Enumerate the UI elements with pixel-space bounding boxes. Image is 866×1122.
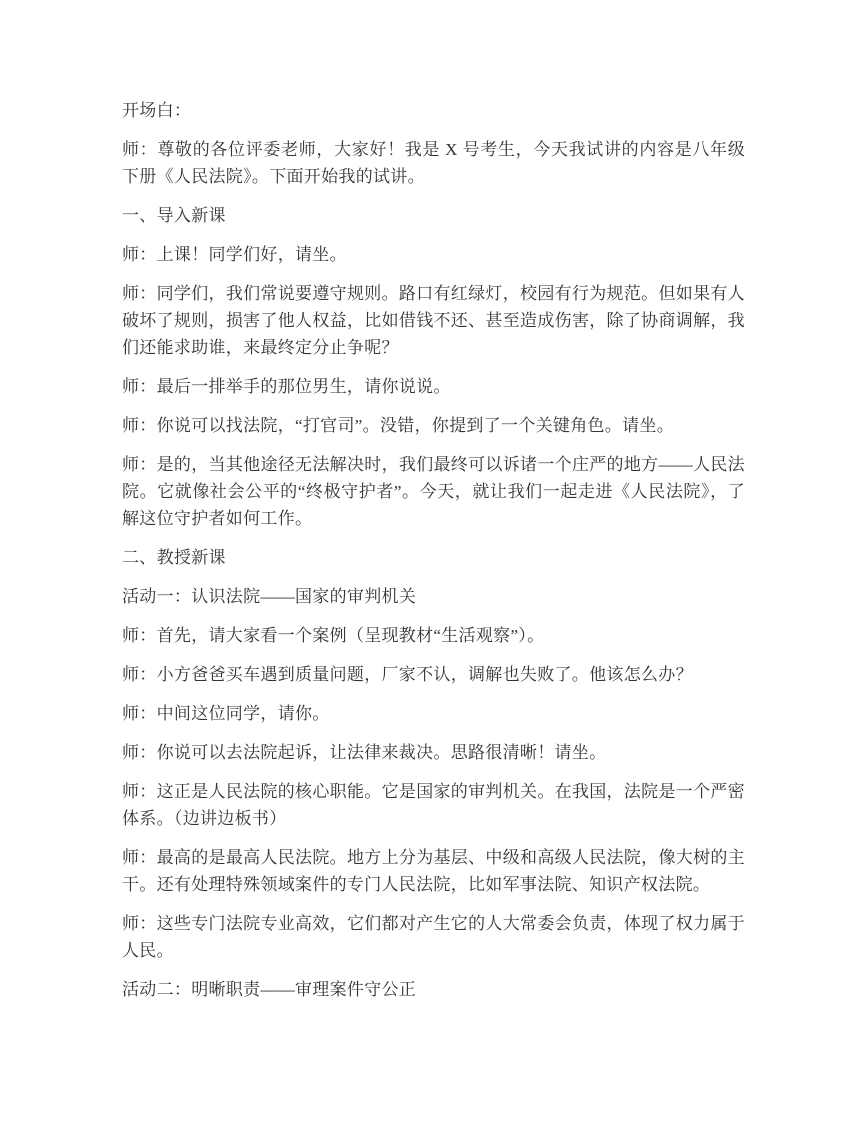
heading-opening: 开场白： <box>122 97 745 124</box>
section-heading-2: 二、教授新课 <box>122 544 745 571</box>
teacher-line: 师：你说可以找法院，“打官司”。没错，你提到了一个关键角色。请坐。 <box>122 412 745 439</box>
teacher-line: 师：你说可以去法院起诉，让法律来裁决。思路很清晰！请坐。 <box>122 739 745 766</box>
activity-heading-1: 活动一：认识法院——国家的审判机关 <box>122 583 745 610</box>
section-heading-1: 一、导入新课 <box>122 202 745 229</box>
activity-heading-2: 活动二：明晰职责——审理案件守公正 <box>122 976 745 1003</box>
teacher-line: 师：上课！同学们好，请坐。 <box>122 241 745 268</box>
document-page: 开场白： 师：尊敬的各位评委老师，大家好！我是 X 号考生，今天我试讲的内容是八… <box>0 0 866 1122</box>
teacher-line: 师：小方爸爸买车遇到质量问题，厂家不认，调解也失败了。他该怎么办？ <box>122 661 745 688</box>
teacher-line: 师：首先，请大家看一个案例（呈现教材“生活观察”）。 <box>122 622 745 649</box>
teacher-line: 师：中间这位同学，请你。 <box>122 700 745 727</box>
teacher-line: 师：同学们，我们常说要遵守规则。路口有红绿灯，校园有行为规范。但如果有人破坏了规… <box>122 280 745 361</box>
teacher-line-intro: 师：尊敬的各位评委老师，大家好！我是 X 号考生，今天我试讲的内容是八年级下册《… <box>122 136 745 190</box>
teacher-line: 师：最后一排举手的那位男生，请你说说。 <box>122 373 745 400</box>
teacher-line: 师：是的，当其他途径无法解决时，我们最终可以诉诸一个庄严的地方——人民法院。它就… <box>122 451 745 532</box>
teacher-line: 师：这正是人民法院的核心职能。它是国家的审判机关。在我国，法院是一个严密体系。（… <box>122 778 745 832</box>
teacher-line: 师：最高的是最高人民法院。地方上分为基层、中级和高级人民法院，像大树的主干。还有… <box>122 844 745 898</box>
teacher-line: 师：这些专门法院专业高效，它们都对产生它的人大常委会负责，体现了权力属于人民。 <box>122 910 745 964</box>
